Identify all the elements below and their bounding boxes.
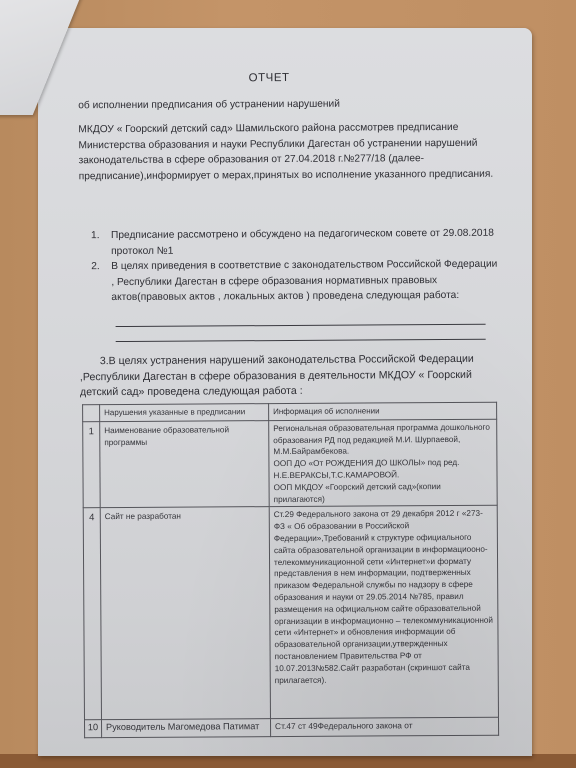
column-header-number bbox=[83, 405, 100, 422]
numbered-list: 1. Предписание рассмотрено и обсуждено н… bbox=[91, 226, 501, 306]
row-violation: Сайт не разработан bbox=[100, 507, 270, 720]
list-item-text: В целях приведения в соответствие с зако… bbox=[111, 259, 497, 303]
section-3-paragraph: 3.В целях устранения нарушений законодат… bbox=[80, 352, 500, 401]
list-item-number: 2. bbox=[91, 259, 100, 275]
table-row: 10 Руководитель Магомедова Патимат Ст.47… bbox=[85, 718, 499, 738]
document-page: ОТЧЕТ об исполнении предписания об устра… bbox=[38, 28, 532, 756]
row-number: 10 bbox=[85, 720, 102, 738]
column-header-violations: Нарушения указанные в предписании bbox=[100, 404, 269, 422]
list-item: 1. Предписание рассмотрено и обсуждено н… bbox=[91, 226, 501, 260]
row-execution-info: Региональная образовательная программа д… bbox=[269, 419, 498, 507]
blank-fill-line bbox=[116, 339, 486, 342]
info-line: Ст.29 Федерального закона от 29 декабря … bbox=[274, 508, 494, 686]
info-line: Региональная образовательная программа д… bbox=[273, 422, 492, 459]
row-execution-info: Ст.29 Федерального закона от 29 декабря … bbox=[269, 506, 498, 719]
list-item-text: Предписание рассмотрено и обсуждено на п… bbox=[111, 228, 494, 257]
row-violation: Руководитель Магомедова Патимат bbox=[102, 719, 271, 738]
row-execution-info: Ст.47 ст 49Федерального закона от bbox=[270, 718, 498, 737]
section-3-text: 3.В целях устранения нарушений законодат… bbox=[80, 353, 474, 398]
blank-fill-line bbox=[116, 324, 486, 327]
document-title: ОТЧЕТ bbox=[18, 71, 512, 86]
info-line: Ст.47 ст 49Федерального закона от bbox=[275, 720, 494, 733]
row-number: 4 bbox=[83, 508, 101, 720]
row-violation: Наименование образовательной программы bbox=[100, 420, 270, 508]
report-table: Нарушения указанные в предписании Информ… bbox=[82, 402, 499, 739]
row-number: 1 bbox=[83, 421, 101, 508]
info-line: ООП ДО «От РОЖДЕНИЯ ДО ШКОЛЫ» под ред. Н… bbox=[273, 457, 492, 482]
document-subtitle: об исполнении предписания об устранении … bbox=[78, 99, 340, 112]
info-line: ООП МКДОУ «Гоорский детский сад»(копии п… bbox=[274, 481, 493, 506]
intro-paragraph: МКДОУ « Гоорский детский сад» Шамильског… bbox=[78, 120, 518, 185]
page-content: ОТЧЕТ об исполнении предписания об устра… bbox=[36, 26, 534, 757]
table-row: 4 Сайт не разработан Ст.29 Федерального … bbox=[83, 506, 498, 721]
column-header-execution-info: Информация об исполнении bbox=[269, 402, 497, 420]
table-row: 1 Наименование образовательной программы… bbox=[83, 419, 498, 508]
list-item: 2. В целях приведения в соответствие с з… bbox=[91, 257, 501, 306]
list-item-number: 1. bbox=[91, 228, 100, 244]
